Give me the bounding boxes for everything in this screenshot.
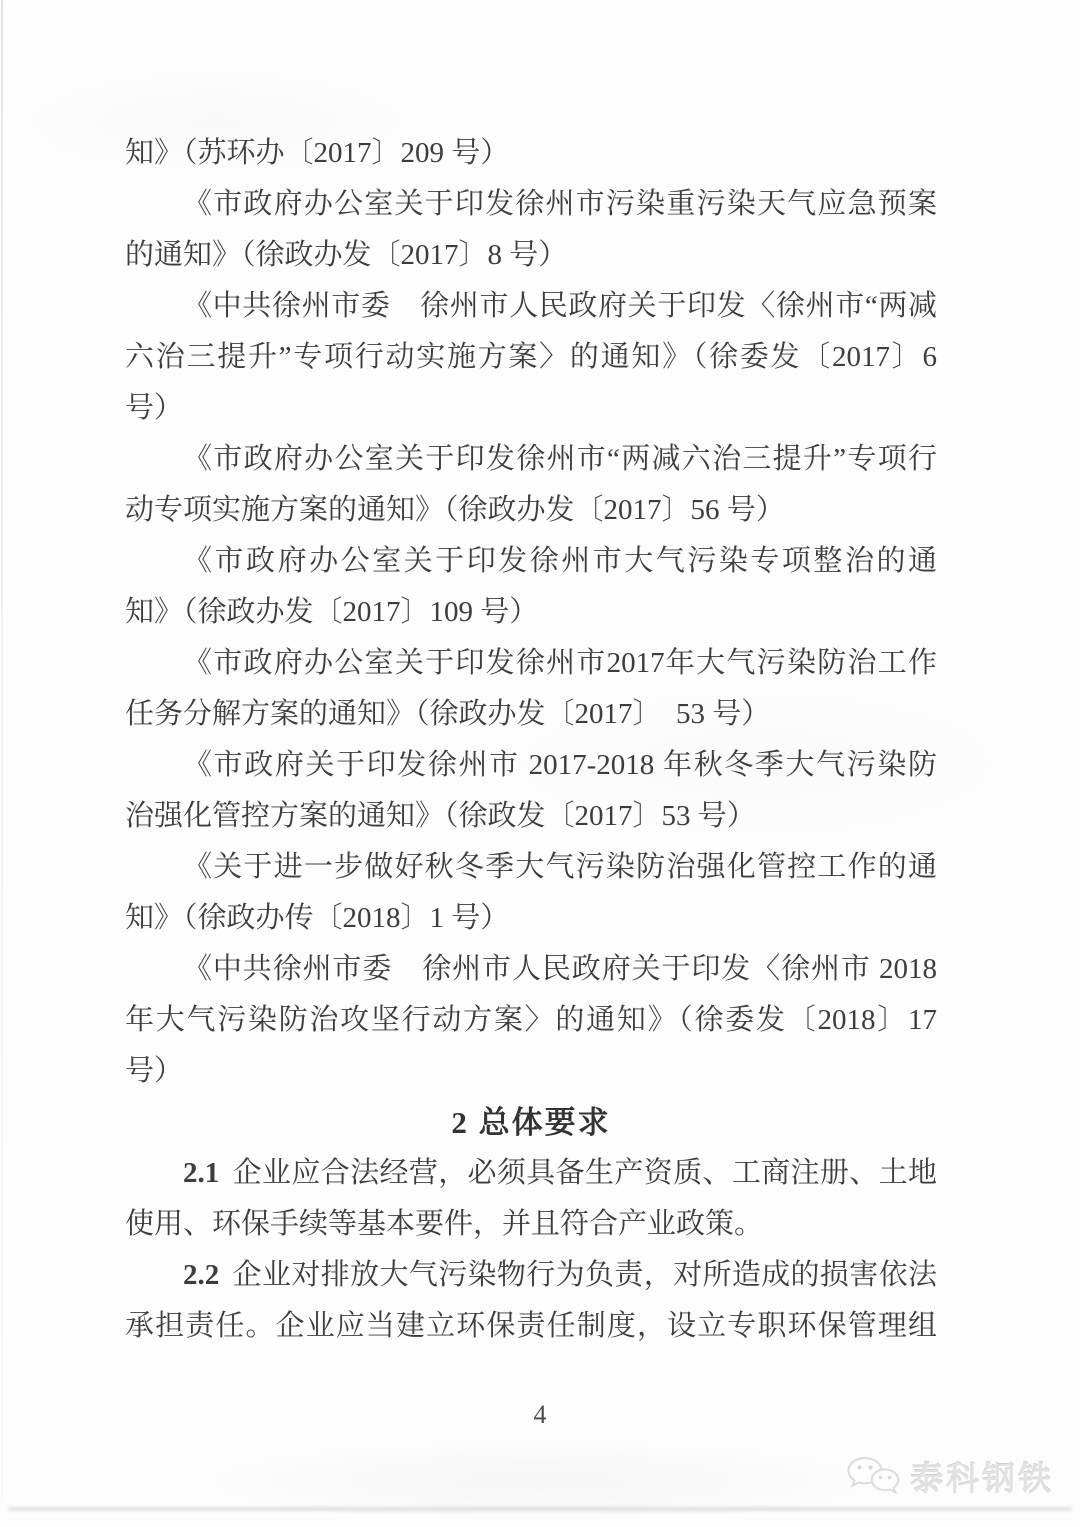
watermark: 泰科钢铁 [846,1453,1054,1500]
text-line: 承担责任。企业应当建立环保责任制度，设立专职环保管理组 [125,1301,937,1352]
text-line: 《市政府办公室关于印发徐州市“两减六治三提升”专项行 [125,434,937,485]
document-body: 知》（苏环办〔2017〕209 号） 《市政府办公室关于印发徐州市污染重污染天气… [125,128,937,1352]
text-line: 知》（苏环办〔2017〕209 号） [125,128,937,179]
text-line: 治强化管控方案的通知》（徐政发〔2017〕53 号） [125,791,937,842]
text-line: 使用、环保手续等基本要件，并且符合产业政策。 [125,1199,937,1250]
text-line: 号） [125,383,937,434]
text-line: 的通知》（徐政办发〔2017〕8 号） [125,230,937,281]
paragraph-text: 企业应合法经营，必须具备生产资质、工商注册、土地 [232,1157,937,1189]
text-line: 知》（徐政办发〔2017〕109 号） [125,587,937,638]
text-line: 任务分解方案的通知》（徐政办发〔2017〕 53 号） [125,689,937,740]
section-number: 2.2 [183,1259,219,1291]
scan-bottom-shadow [8,1507,1072,1511]
document-page: { "page": { "number": "4", "background_c… [0,0,1080,1527]
text-line: 《中共徐州市委 徐州市人民政府关于印发〈徐州市 2018 [125,944,937,995]
scan-edge-line [1,0,3,1500]
paragraph-text: 企业对排放大气污染物行为负责，对所造成的损害依法 [232,1259,937,1291]
text-line: 《中共徐州市委 徐州市人民政府关于印发〈徐州市“两减 [125,281,937,332]
wechat-icon [846,1455,900,1499]
page-number: 4 [0,1400,1080,1430]
text-line: 号） [125,1046,937,1097]
text-line: 《市政府办公室关于印发徐州市2017年大气污染防治工作 [125,638,937,689]
paragraph-2-1: 2.1企业应合法经营，必须具备生产资质、工商注册、土地 [125,1148,937,1199]
text-line: 年大气污染防治攻坚行动方案〉的通知》（徐委发〔2018〕17 [125,995,937,1046]
text-line: 动专项实施方案的通知》（徐政办发〔2017〕56 号） [125,485,937,536]
watermark-label: 泰科钢铁 [910,1453,1054,1500]
text-line: 知》（徐政办传〔2018〕1 号） [125,893,937,944]
text-line: 《市政府关于印发徐州市 2017-2018 年秋冬季大气污染防 [125,740,937,791]
text-line: 《市政府办公室关于印发徐州市污染重污染天气应急预案 [125,179,937,230]
section-heading: 2 总体要求 [125,1097,937,1148]
text-line: 《市政府办公室关于印发徐州市大气污染专项整治的通 [125,536,937,587]
text-line: 《关于进一步做好秋冬季大气污染防治强化管控工作的通 [125,842,937,893]
paragraph-2-2: 2.2企业对排放大气污染物行为负责，对所造成的损害依法 [125,1250,937,1301]
text-line: 六治三提升”专项行动实施方案〉的通知》（徐委发〔2017〕6 [125,332,937,383]
section-number: 2.1 [183,1157,219,1189]
